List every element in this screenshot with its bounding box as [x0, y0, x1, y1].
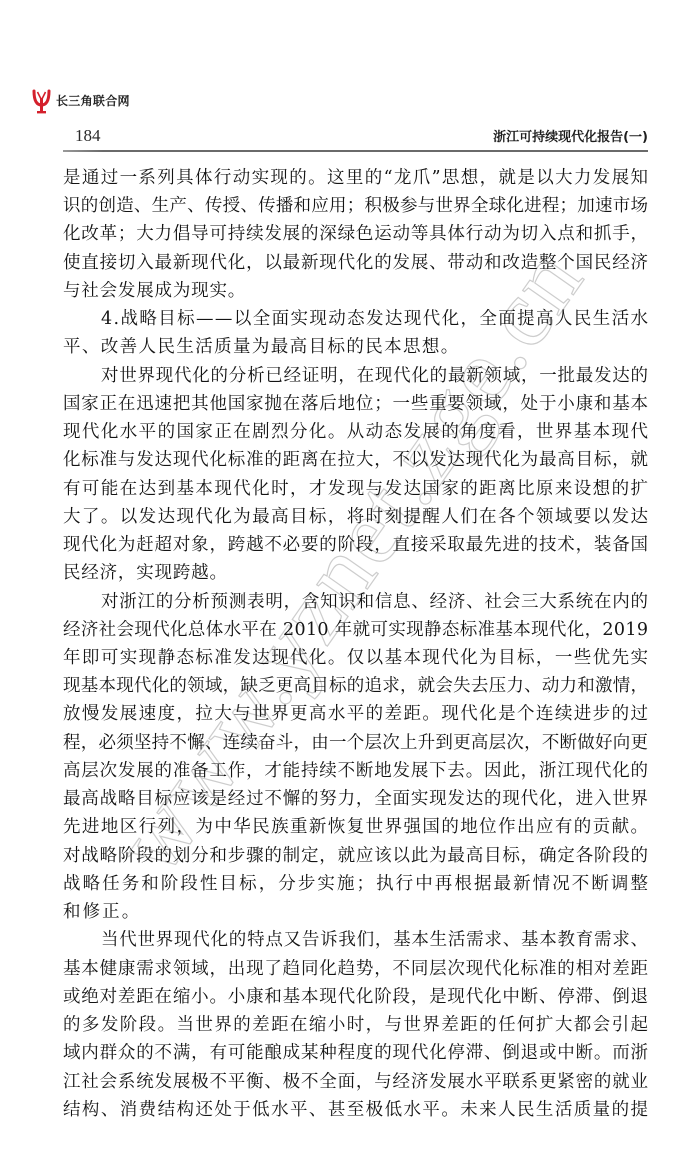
text-line-content: 化标准与发达现代化标准的距离在拉大，不以发达现代化为最高目标，就: [63, 446, 649, 474]
text-line: 最高战略目标应该是经过不懈的努力，全面实现发达的现代化，进入世界: [63, 785, 648, 813]
paragraph: 对浙江的分析预测表明，含知识和信息、经济、社会三大系统在内的 经济社会现代化总体…: [63, 588, 648, 927]
text-line: 基本健康需求领域，出现了趋同化趋势，不同层次现代化标准的相对差距: [63, 955, 648, 983]
text-line-content: 现代化为赶超对象，跨越不必要的阶段，直接采取最先进的技术，装备国: [63, 531, 649, 559]
text-line-content: 对世界现代化的分析已经证明，在现代化的最新领域，一批最发达的: [101, 362, 649, 390]
text-line-content: 域内群众的不满，有可能酿成某种程度的现代化停滞、倒退或中断。而浙: [63, 1039, 649, 1067]
text-line-content: 的多发阶段。当世界的差距在缩小时，与世界差距的任何扩大都会引起: [63, 1011, 649, 1039]
text-line: 使直接切入最新现代化，以最新现代化的发展、带动和改造整个国民经济: [63, 249, 648, 277]
logo-text: 长三角联合网: [56, 94, 130, 108]
text-line: 国家正在迅速把其他国家抛在落后地位；一些重要领域，处于小康和基本: [63, 390, 648, 418]
text-line: 先进地区行列，为中华民族重新恢复世界强国的地位作出应有的贡献。: [63, 813, 648, 841]
running-title: 浙江可持续现代化报告(一): [493, 130, 648, 146]
paragraph: 对世界现代化的分析已经证明，在现代化的最新领域，一批最发达的 国家正在迅速把其他…: [63, 362, 648, 588]
text-line-content: 或绝对差距在缩小。小康和基本现代化阶段，是现代化中断、停滞、倒退: [63, 983, 649, 1011]
text-line: 和修正。: [63, 898, 648, 926]
text-line: 对浙江的分析预测表明，含知识和信息、经济、社会三大系统在内的: [63, 588, 648, 616]
page-number: 184: [75, 126, 101, 146]
text-line-content: 和修正。: [63, 898, 141, 926]
text-line-content: 有可能在达到基本现代化时，才发现与发达国家的距离比原来设想的扩: [63, 475, 649, 503]
text-line: 平、改善人民生活质量为最高目标的民本思想。: [63, 333, 648, 361]
text-line-content: 现代化水平的国家正在剧烈分化。从动态发展的角度看，世界基本现代: [63, 418, 649, 446]
text-line-content: 先进地区行列，为中华民族重新恢复世界强国的地位作出应有的贡献。: [63, 813, 649, 841]
text-line: 大了。以发达现代化为最高目标，将时刻提醒人们在各个领域要以发达: [63, 503, 648, 531]
text-line-content: 大了。以发达现代化为最高目标，将时刻提醒人们在各个领域要以发达: [63, 503, 649, 531]
text-line: 化标准与发达现代化标准的距离在拉大，不以发达现代化为最高目标，就: [63, 446, 648, 474]
text-line-content: 使直接切入最新现代化，以最新现代化的发展、带动和改造整个国民经济: [63, 249, 649, 277]
text-line: 放慢发展速度，拉大与世界更高水平的差距。现代化是个连续进步的过: [63, 700, 648, 728]
text-line-content: 经济社会现代化总体水平在 2010 年就可实现静态标准基本现代化，2019: [63, 616, 648, 644]
text-line-content: 放慢发展速度，拉大与世界更高水平的差距。现代化是个连续进步的过: [63, 700, 649, 728]
text-line: 有可能在达到基本现代化时，才发现与发达国家的距离比原来设想的扩: [63, 475, 648, 503]
text-line: 对世界现代化的分析已经证明，在现代化的最新领域，一批最发达的: [63, 362, 648, 390]
text-line-content: 战略任务和阶段性目标，分步实施；执行中再根据最新情况不断调整: [63, 870, 650, 898]
text-line: 当代世界现代化的特点又告诉我们，基本生活需求、基本教育需求、: [63, 926, 648, 954]
text-line-content: 对战略阶段的划分和步骤的制定，就应该以此为最高目标，确定各阶段的: [63, 842, 649, 870]
text-line: 对战略阶段的划分和步骤的制定，就应该以此为最高目标，确定各阶段的: [63, 842, 648, 870]
text-line-content: 江社会系统发展极不平衡、极不全面，与经济发展水平联系更紧密的就业: [63, 1068, 649, 1096]
text-line-content: 最高战略目标应该是经过不懈的努力，全面实现发达的现代化，进入世界: [63, 785, 649, 813]
text-line-content: 识的创造、生产、传授、传播和应用；积极参与世界全球化进程；加速市场: [63, 192, 648, 220]
site-logo: 长三角联合网: [31, 88, 130, 114]
text-line: 程，必须坚持不懈、连续奋斗，由一个层次上升到更高层次，不断做好向更: [63, 729, 648, 757]
psi-logo-icon: [31, 89, 52, 114]
text-line-content: 平、改善人民生活质量为最高目标的民本思想。: [63, 333, 460, 361]
paragraph: 当代世界现代化的特点又告诉我们，基本生活需求、基本教育需求、 基本健康需求领域，…: [63, 926, 648, 1124]
text-line: 是通过一系列具体行动实现的。这里的“龙爪”思想，就是以大力发展知: [63, 164, 648, 192]
text-line: 的多发阶段。当世界的差距在缩小时，与世界差距的任何扩大都会引起: [63, 1011, 648, 1039]
body-text: 是通过一系列具体行动实现的。这里的“龙爪”思想，就是以大力发展知 识的创造、生产…: [63, 164, 648, 1124]
text-line: 与社会发展成为现实。: [63, 277, 648, 305]
text-line-content: 4.战略目标——以全面实现动态发达现代化，全面提高人民生活水: [101, 305, 649, 333]
text-line-content: 结构、消费结构还处于低水平、甚至极低水平。未来人民生活质量的提: [63, 1096, 649, 1124]
text-line-content: 年即可实现静态标准发达现代化。仅以基本现代化为目标，一些优先实: [63, 644, 649, 672]
text-line-content: 化改革；大力倡导可持续发展的深绿色运动等具体行动为切入点和抓手，: [63, 220, 649, 248]
text-line: 战略任务和阶段性目标，分步实施；执行中再根据最新情况不断调整: [63, 870, 648, 898]
text-line: 或绝对差距在缩小。小康和基本现代化阶段，是现代化中断、停滞、倒退: [63, 983, 648, 1011]
text-line-content: 国家正在迅速把其他国家抛在落后地位；一些重要领域，处于小康和基本: [63, 390, 649, 418]
text-line: 现代化水平的国家正在剧烈分化。从动态发展的角度看，世界基本现代: [63, 418, 648, 446]
book-page: www.yznet.zge.cn 长三角联合网 184 浙江可持续现代化报告(一…: [0, 0, 700, 1149]
text-line-content: 基本健康需求领域，出现了趋同化趋势，不同层次现代化标准的相对差距: [63, 955, 649, 983]
text-line: 现代化为赶超对象，跨越不必要的阶段，直接采取最先进的技术，装备国: [63, 531, 648, 559]
text-line: 江社会系统发展极不平衡、极不全面，与经济发展水平联系更紧密的就业: [63, 1068, 648, 1096]
text-line: 识的创造、生产、传授、传播和应用；积极参与世界全球化进程；加速市场: [63, 192, 648, 220]
text-line: 现基本现代化的领域，缺乏更高目标的追求，就会失去压力、动力和激情，: [63, 672, 648, 700]
text-line-content: 高层次发展的准备工作，才能持续不断地发展下去。因此，浙江现代化的: [63, 757, 649, 785]
text-line-content: 与社会发展成为现实。: [63, 277, 246, 305]
text-line: 化改革；大力倡导可持续发展的深绿色运动等具体行动为切入点和抓手，: [63, 220, 648, 248]
text-line: 经济社会现代化总体水平在 2010 年就可实现静态标准基本现代化，2019: [63, 616, 648, 644]
text-line-content: 民经济，实现跨越。: [63, 559, 228, 587]
text-line-content: 现基本现代化的领域，缺乏更高目标的追求，就会失去压力、动力和激情，: [63, 672, 648, 700]
text-line: 4.战略目标——以全面实现动态发达现代化，全面提高人民生活水: [63, 305, 648, 333]
text-line: 高层次发展的准备工作，才能持续不断地发展下去。因此，浙江现代化的: [63, 757, 648, 785]
header-rule: [63, 150, 648, 152]
text-line: 结构、消费结构还处于低水平、甚至极低水平。未来人民生活质量的提: [63, 1096, 648, 1124]
text-line-content: 是通过一系列具体行动实现的。这里的“龙爪”思想，就是以大力发展知: [63, 164, 649, 192]
paragraph: 是通过一系列具体行动实现的。这里的“龙爪”思想，就是以大力发展知 识的创造、生产…: [63, 164, 648, 305]
text-line: 域内群众的不满，有可能酿成某种程度的现代化停滞、倒退或中断。而浙: [63, 1039, 648, 1067]
text-line-content: 程，必须坚持不懈、连续奋斗，由一个层次上升到更高层次，不断做好向更: [63, 729, 648, 757]
text-line: 年即可实现静态标准发达现代化。仅以基本现代化为目标，一些优先实: [63, 644, 648, 672]
text-line-content: 对浙江的分析预测表明，含知识和信息、经济、社会三大系统在内的: [101, 588, 649, 616]
section-heading-paragraph: 4.战略目标——以全面实现动态发达现代化，全面提高人民生活水 平、改善人民生活质…: [63, 305, 648, 361]
text-line: 民经济，实现跨越。: [63, 559, 648, 587]
text-line-content: 当代世界现代化的特点又告诉我们，基本生活需求、基本教育需求、: [101, 926, 649, 954]
